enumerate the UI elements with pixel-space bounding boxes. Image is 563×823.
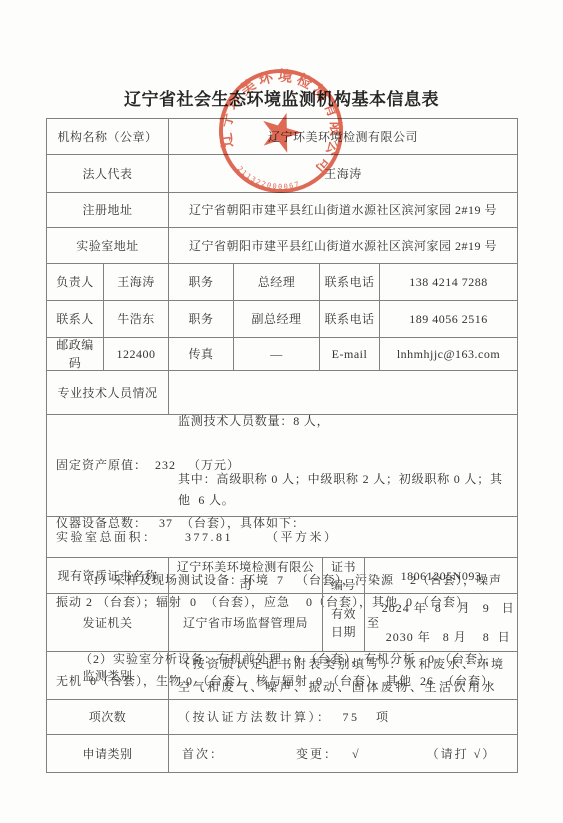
table-row: 实验室地址 辽宁省朝阳市建平县红山街道水源社区滨河家园 2#19 号 — [47, 228, 518, 264]
contact-label: 联系人 — [47, 301, 104, 338]
org-name-value: 辽宁环美环境检测有限公司 — [169, 119, 518, 155]
issuer-value: 辽宁省市场监督管理局 — [169, 594, 323, 652]
assets-equipment-cell: 固定资产原值： 232 （万元） 仪器设备总数： 37 （台套），具体如下： （… — [47, 415, 518, 517]
registered-address-value: 辽宁省朝阳市建平县红山街道水源社区滨河家园 2#19 号 — [169, 193, 518, 228]
validity-to-text: 至 — [367, 614, 380, 632]
table-row: 现有资质证书名称 辽宁环美环境检测有限公司 证书 编号 18061205N093 — [47, 558, 518, 594]
application-type-cell: 首次： 变更： √ （请打 √） — [169, 735, 518, 773]
contact-post-value: 副总经理 — [234, 301, 320, 338]
principal-phone-label: 联系电话 — [320, 264, 380, 301]
validity-dates-cell: 至 2024 年 8 月 9 日 2030 年 8 月 8 日 — [365, 594, 518, 652]
table-row: 邮政编码 122400 传真 — E-mail lnhmhjjc@163.com — [47, 338, 518, 371]
info-table: 机构名称（公章） 辽宁环美环境检测有限公司 法人代表 王海涛 注册地址 辽宁省朝… — [46, 118, 518, 773]
contact-phone-label: 联系电话 — [320, 301, 380, 338]
application-type-label: 申请类别 — [47, 735, 169, 773]
legal-rep-label: 法人代表 — [47, 155, 169, 193]
registered-address-label: 注册地址 — [47, 193, 169, 228]
principal-post-label: 职务 — [169, 264, 234, 301]
page-title: 辽宁省社会生态环境监测机构基本信息表 — [0, 85, 563, 110]
legal-rep-value: 王海涛 — [169, 155, 518, 193]
email-label: E-mail — [320, 338, 380, 371]
apply-change-label: 变更： — [296, 745, 338, 763]
issuer-label: 发证机关 — [47, 594, 169, 652]
validity-end-date: 2030 年 8 月 8 日 — [380, 628, 517, 646]
table-row: 负责人 王海涛 职务 总经理 联系电话 138 4214 7288 — [47, 264, 518, 301]
table-row: 注册地址 辽宁省朝阳市建平县红山街道水源社区滨河家园 2#19 号 — [47, 193, 518, 228]
validity-label: 有效 日期 — [323, 594, 365, 652]
certificate-no-value: 18061205N093 — [365, 558, 518, 594]
contact-name: 牛浩东 — [104, 301, 169, 338]
table-row: 申请类别 首次： 变更： √ （请打 √） — [47, 735, 518, 773]
apply-note: （请打 √） — [427, 745, 497, 763]
validity-start-date: 2024 年 8 月 9 日 — [380, 599, 517, 617]
table-row: 联系人 牛浩东 职务 副总经理 联系电话 189 4056 2516 — [47, 301, 518, 338]
table-row: 实验室总面积： 377.81 （平方米） — [47, 517, 518, 558]
table-row: 发证机关 辽宁省市场监督管理局 有效 日期 至 2024 年 8 月 9 日 2… — [47, 594, 518, 652]
contact-post-label: 职务 — [169, 301, 234, 338]
org-name-label: 机构名称（公章） — [47, 119, 169, 155]
table-row: 专业技术人员情况 监测技术人员数量：8 人， 其中：高级职称 0 人；中级职称 … — [47, 371, 518, 415]
monitoring-category-label: 监测类别 — [47, 652, 169, 700]
table-row: 项次数 （按认证方法数计算）： 75 项 — [47, 700, 518, 735]
certificate-name-label: 现有资质证书名称 — [47, 558, 169, 594]
certificate-no-label: 证书 编号 — [323, 558, 365, 594]
contact-phone-value: 189 4056 2516 — [380, 301, 518, 338]
lab-area-cell: 实验室总面积： 377.81 （平方米） — [47, 517, 518, 558]
item-count-label: 项次数 — [47, 700, 169, 735]
table-row: 监测类别 （按资质认定证书附表类别填写）：水和废水、环境空气和废气、噪声、振动、… — [47, 652, 518, 700]
table-row: 固定资产原值： 232 （万元） 仪器设备总数： 37 （台套），具体如下： （… — [47, 415, 518, 517]
technical-staff-label: 专业技术人员情况 — [47, 371, 169, 415]
item-count-value: （按认证方法数计算）： 75 项 — [169, 700, 518, 735]
postal-code-label: 邮政编码 — [47, 338, 104, 371]
apply-first-label: 首次： — [182, 745, 224, 763]
table-row: 机构名称（公章） 辽宁环美环境检测有限公司 — [47, 119, 518, 155]
principal-label: 负责人 — [47, 264, 104, 301]
email-value: lnhmhjjc@163.com — [380, 338, 518, 371]
technical-staff-details: 监测技术人员数量：8 人， 其中：高级职称 0 人；中级职称 2 人；初级职称 … — [169, 371, 518, 415]
monitoring-category-value: （按资质认定证书附表类别填写）：水和废水、环境空气和废气、噪声、振动、固体废物、… — [169, 652, 518, 700]
fax-label: 传真 — [169, 338, 234, 371]
certificate-name-value: 辽宁环美环境检测有限公司 — [169, 558, 323, 594]
fax-value: — — [234, 338, 320, 371]
fixed-assets-line: 固定资产原值： 232 （万元） — [56, 455, 508, 477]
principal-name: 王海涛 — [104, 264, 169, 301]
principal-post-value: 总经理 — [234, 264, 320, 301]
principal-phone-value: 138 4214 7288 — [380, 264, 518, 301]
lab-address-label: 实验室地址 — [47, 228, 169, 264]
table-row: 法人代表 王海涛 — [47, 155, 518, 193]
lab-address-value: 辽宁省朝阳市建平县红山街道水源社区滨河家园 2#19 号 — [169, 228, 518, 264]
postal-code-value: 122400 — [104, 338, 169, 371]
apply-change-checkmark: √ — [352, 745, 361, 763]
